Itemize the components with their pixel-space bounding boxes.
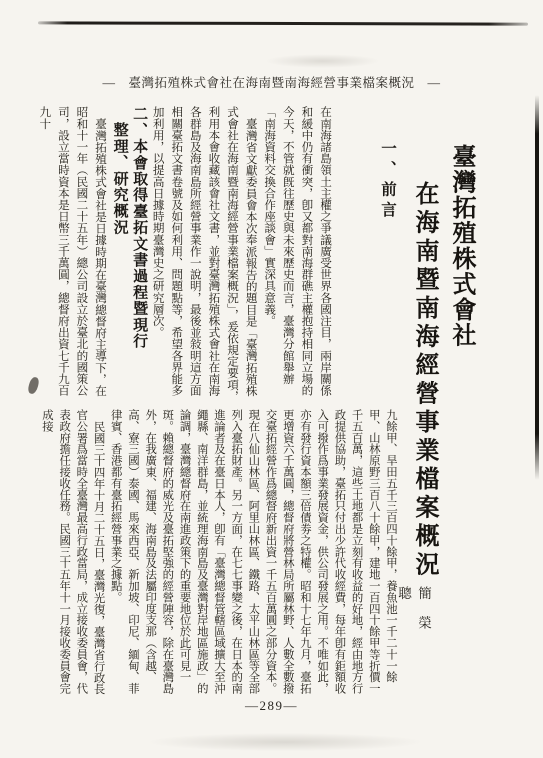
running-header: — 臺灣拓殖株式會社在海南暨南海經營事業檔案概況 — (0, 73, 543, 91)
section2-heading: 二、本會取得臺拓文書過程暨現行 整理、研究概況 (109, 106, 148, 407)
author-name: 簡榮聰 (393, 586, 433, 666)
article-title-line2: 在海南暨南海經營事業檔案概況 (407, 181, 442, 593)
scan-top-smudge (265, 54, 380, 68)
article-title-line1: 臺灣拓殖株式會社 (444, 144, 479, 359)
section2-heading-line1: 二、本會取得臺拓文書過程暨現行 (129, 106, 149, 407)
upper-text-block: 在南海諸島領土主權之爭議廣受世界各國注目，兩岸關係和緩中仍有衝突，卽又都對南海群… (55, 106, 334, 407)
section1-heading: 一、前言 (376, 140, 398, 230)
page-number: —289— (0, 698, 543, 714)
section1-paragraph-1: 在南海諸島領土主權之爭議廣受世界各國注目，兩岸關係和緩中仍有衝突，卽又都對南海群… (260, 106, 334, 407)
section2-paragraph-1-lower: 九餘甲、旱田五千三百四十餘甲，養魚池一千二十一餘甲、山林原野三百八十餘甲，建地一… (107, 409, 399, 698)
section1-paragraph-2: 臺灣省文獻委員會本次奉派報告的題目是「臺灣拓殖株式會社在海南暨南海經營事業檔案概… (148, 106, 260, 407)
scanned-document-page: — 臺灣拓殖株式會社在海南暨南海經營事業檔案概況 — 臺灣拓殖株式會社 在海南暨… (0, 0, 543, 758)
scan-bottom-smudge (150, 733, 420, 751)
scan-right-edge-line (535, 95, 539, 480)
section2-paragraph-2: 民國三十四年十月二十五日，臺灣光復，臺灣省行政長官公署爲當時全臺灣最高行政當局，… (38, 409, 107, 698)
section2-paragraph-1-upper: 臺灣拓殖株式會社是日據時期在臺灣總督府主導下，在昭和十一年（民國二十五年）總公司… (35, 106, 109, 407)
lower-text-block: 九餘甲、旱田五千三百四十餘甲，養魚池一千二十一餘甲、山林原野三百八十餘甲，建地一… (37, 409, 399, 698)
scan-top-edge-line (38, 21, 528, 25)
section2-heading-line2: 整理、研究概況 (109, 106, 129, 407)
